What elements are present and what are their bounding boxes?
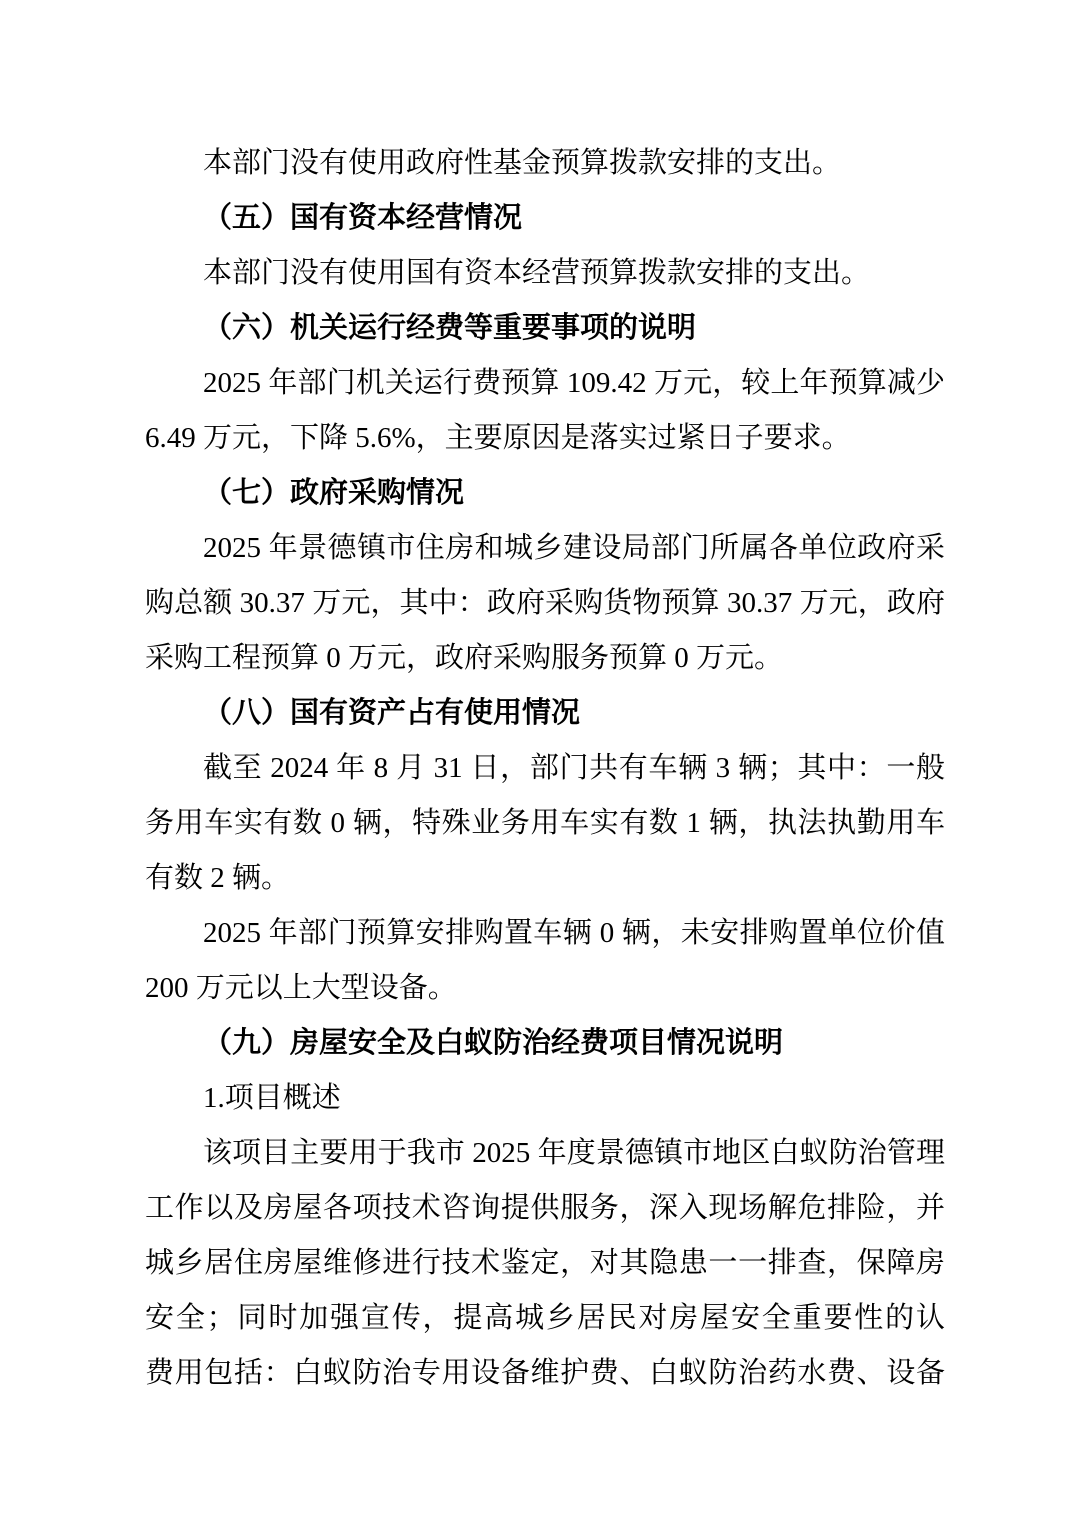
text-line: 务用车实有数 0 辆，特殊业务用车实有数 1 辆，执法执勤用车实 <box>145 796 945 851</box>
text-line: 有数 2 辆。 <box>145 851 945 906</box>
text-line: 2025 年景德镇市住房和城乡建设局部门所属各单位政府采 <box>145 521 945 576</box>
text-line: 截至 2024 年 8 月 31 日，部门共有车辆 3 辆；其中：一般业 <box>145 741 945 796</box>
text-line: 城乡居住房屋维修进行技术鉴定，对其隐患一一排查，保障房屋 <box>145 1236 945 1291</box>
section-heading: （九）房屋安全及白蚁防治经费项目情况说明 <box>145 1016 945 1071</box>
text-line: 本部门没有使用国有资本经营预算拨款安排的支出。 <box>145 246 945 301</box>
text-line: 6.49 万元，下降 5.6%，主要原因是落实过紧日子要求。 <box>145 411 945 466</box>
text-line: 该项目主要用于我市 2025 年度景德镇市地区白蚁防治管理 <box>145 1126 945 1181</box>
document-body: 本部门没有使用政府性基金预算拨款安排的支出。（五）国有资本经营情况本部门没有使用… <box>145 136 945 1401</box>
text-line: 200 万元以上大型设备。 <box>145 961 945 1016</box>
section-heading: （八）国有资产占有使用情况 <box>145 686 945 741</box>
text-line: 2025 年部门机关运行费预算 109.42 万元，较上年预算减少 <box>145 356 945 411</box>
text-line: 购总额 30.37 万元，其中：政府采购货物预算 30.37 万元，政府 <box>145 576 945 631</box>
section-heading: （六）机关运行经费等重要事项的说明 <box>145 301 945 356</box>
text-line: 本部门没有使用政府性基金预算拨款安排的支出。 <box>145 136 945 191</box>
text-line: 2025 年部门预算安排购置车辆 0 辆，未安排购置单位价值 <box>145 906 945 961</box>
text-line: 费用包括：白蚁防治专用设备维护费、白蚁防治药水费、设备购 <box>145 1346 945 1401</box>
document-page: 本部门没有使用政府性基金预算拨款安排的支出。（五）国有资本经营情况本部门没有使用… <box>0 0 1074 1520</box>
text-line: 工作以及房屋各项技术咨询提供服务，深入现场解危排险，并对 <box>145 1181 945 1236</box>
text-line: 安全；同时加强宣传，提高城乡居民对房屋安全重要性的认识。 <box>145 1291 945 1346</box>
text-line: 1.项目概述 <box>145 1071 945 1126</box>
section-heading: （七）政府采购情况 <box>145 466 945 521</box>
text-line: 采购工程预算 0 万元，政府采购服务预算 0 万元。 <box>145 631 945 686</box>
section-heading: （五）国有资本经营情况 <box>145 191 945 246</box>
